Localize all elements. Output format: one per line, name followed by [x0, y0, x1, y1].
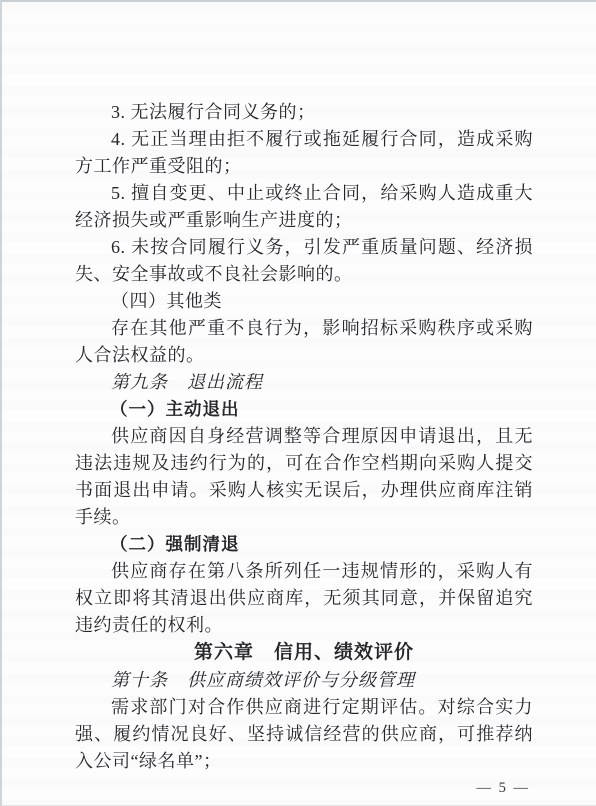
paragraph: （四）其他类 — [75, 288, 533, 315]
sub-heading: （一）主动退出 — [75, 396, 533, 423]
sub-heading: （二）强制清退 — [75, 531, 533, 558]
paragraph: 需求部门对合作供应商进行定期评估。对综合实力强、履约情况良好、坚持诚信经营的供应… — [75, 694, 533, 775]
paragraph: 供应商因自身经营调整等合理原因申请退出，且无违法违规及违约行为的，可在合作空档期… — [75, 423, 533, 531]
paragraph: 4. 无正当理由拒不履行或拖延履行合同，造成采购方工作严重受阻的； — [75, 126, 533, 180]
chapter-heading: 第六章 信用、绩效评价 — [75, 639, 533, 667]
paragraph: 供应商存在第八条所列任一违规情形的，采购人有权立即将其清退出供应商库，无须其同意… — [75, 558, 533, 639]
paragraph: 存在其他严重不良行为，影响招标采购秩序或采购人合法权益的。 — [75, 315, 533, 369]
paragraph: 5. 擅自变更、中止或终止合同，给采购人造成重大经济损失或严重影响生产进度的； — [75, 180, 533, 234]
page-number: — 5 — — [477, 780, 531, 797]
document-body: 3. 无法履行合同义务的；4. 无正当理由拒不履行或拖延履行合同，造成采购方工作… — [75, 99, 533, 775]
article-heading: 第十条 供应商绩效评价与分级管理 — [75, 667, 533, 694]
article-heading: 第九条 退出流程 — [75, 369, 533, 396]
paragraph: 3. 无法履行合同义务的； — [75, 99, 533, 126]
paragraph: 6. 未按合同履行义务，引发严重质量问题、经济损失、安全事故或不良社会影响的。 — [75, 234, 533, 288]
document-page: 3. 无法履行合同义务的；4. 无正当理由拒不履行或拖延履行合同，造成采购方工作… — [0, 0, 596, 806]
